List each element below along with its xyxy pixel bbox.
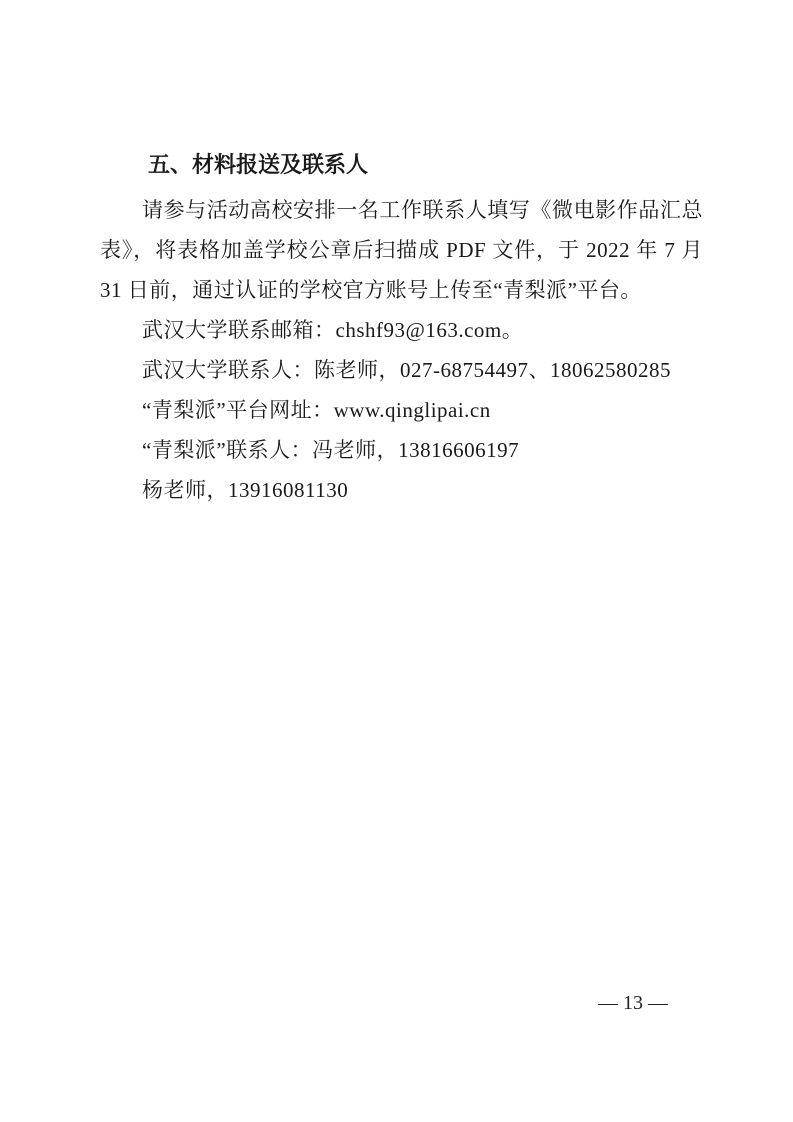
section-heading: 五、材料报送及联系人: [100, 145, 703, 185]
contact-line-qinglipai-person-2: 杨老师，13916081130: [100, 470, 703, 510]
contact-list: 武汉大学联系邮箱：chshf93@163.com。 武汉大学联系人：陈老师，02…: [100, 310, 703, 510]
contact-line-whu-email: 武汉大学联系邮箱：chshf93@163.com。: [100, 310, 703, 350]
contact-line-qinglipai-website: “青梨派”平台网址：www.qinglipai.cn: [100, 390, 703, 430]
document-page: 五、材料报送及联系人 请参与活动高校安排一名工作联系人填写《微电影作品汇总 表》…: [0, 0, 793, 1122]
document-content: 五、材料报送及联系人 请参与活动高校安排一名工作联系人填写《微电影作品汇总 表》…: [100, 145, 703, 510]
page-number: — 13 —: [598, 991, 668, 1015]
paragraph-line-3: 31 日前，通过认证的学校官方账号上传至“青梨派”平台。: [100, 270, 703, 310]
paragraph-line-1: 请参与活动高校安排一名工作联系人填写《微电影作品汇总: [100, 190, 703, 230]
paragraph-line-2: 表》，将表格加盖学校公章后扫描成 PDF 文件，于 2022 年 7 月: [100, 230, 703, 270]
submission-paragraph: 请参与活动高校安排一名工作联系人填写《微电影作品汇总 表》，将表格加盖学校公章后…: [100, 190, 703, 310]
contact-line-qinglipai-person: “青梨派”联系人：冯老师，13816606197: [100, 430, 703, 470]
contact-line-whu-person: 武汉大学联系人：陈老师，027-68754497、18062580285: [100, 350, 703, 390]
